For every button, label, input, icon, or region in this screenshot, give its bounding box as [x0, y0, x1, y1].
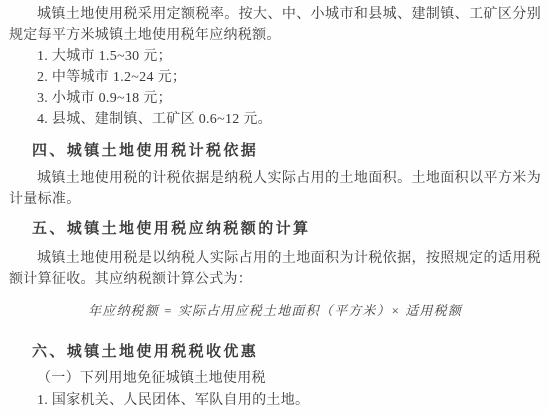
section-body-tax-calculation: 城镇土地使用税是以纳税人实际占用的土地面积为计税依据，按照规定的适用税额计算征收…	[9, 248, 541, 290]
intro-paragraph: 城镇土地使用税采用定额税率。按大、中、小城市和县城、建制镇、工矿区分别规定每平方…	[9, 4, 541, 46]
rate-list-item-medium-city: 2. 中等城市 1.2~24 元；	[9, 67, 541, 88]
exemption-item-state-organs: 1. 国家机关、人民团体、军队自用的土地。	[9, 390, 541, 411]
exemption-group-title: （一）下列用地免征城镇土地使用税	[9, 368, 541, 389]
rate-list-item-small-city: 3. 小城市 0.9~18 元；	[9, 88, 541, 109]
section-heading-tax-preference: 六、城镇土地使用税税收优惠	[9, 341, 541, 362]
section-body-tax-basis: 城镇土地使用税的计税依据是纳税人实际占用的土地面积。土地面积以平方米为计量标准。	[9, 168, 541, 210]
document-page: 城镇土地使用税采用定额税率。按大、中、小城市和县城、建制镇、工矿区分别规定每平方…	[0, 0, 549, 414]
tax-formula: 年应纳税额 = 实际占用应税土地面积（平方米）× 适用税额	[9, 301, 541, 320]
section-heading-tax-basis: 四、城镇土地使用税计税依据	[9, 140, 541, 161]
section-heading-tax-calculation: 五、城镇土地使用税应纳税额的计算	[9, 218, 541, 239]
rate-list-item-large-city: 1. 大城市 1.5~30 元；	[9, 46, 541, 67]
rate-list-item-county-town: 4. 县城、建制镇、工矿区 0.6~12 元。	[9, 109, 541, 130]
